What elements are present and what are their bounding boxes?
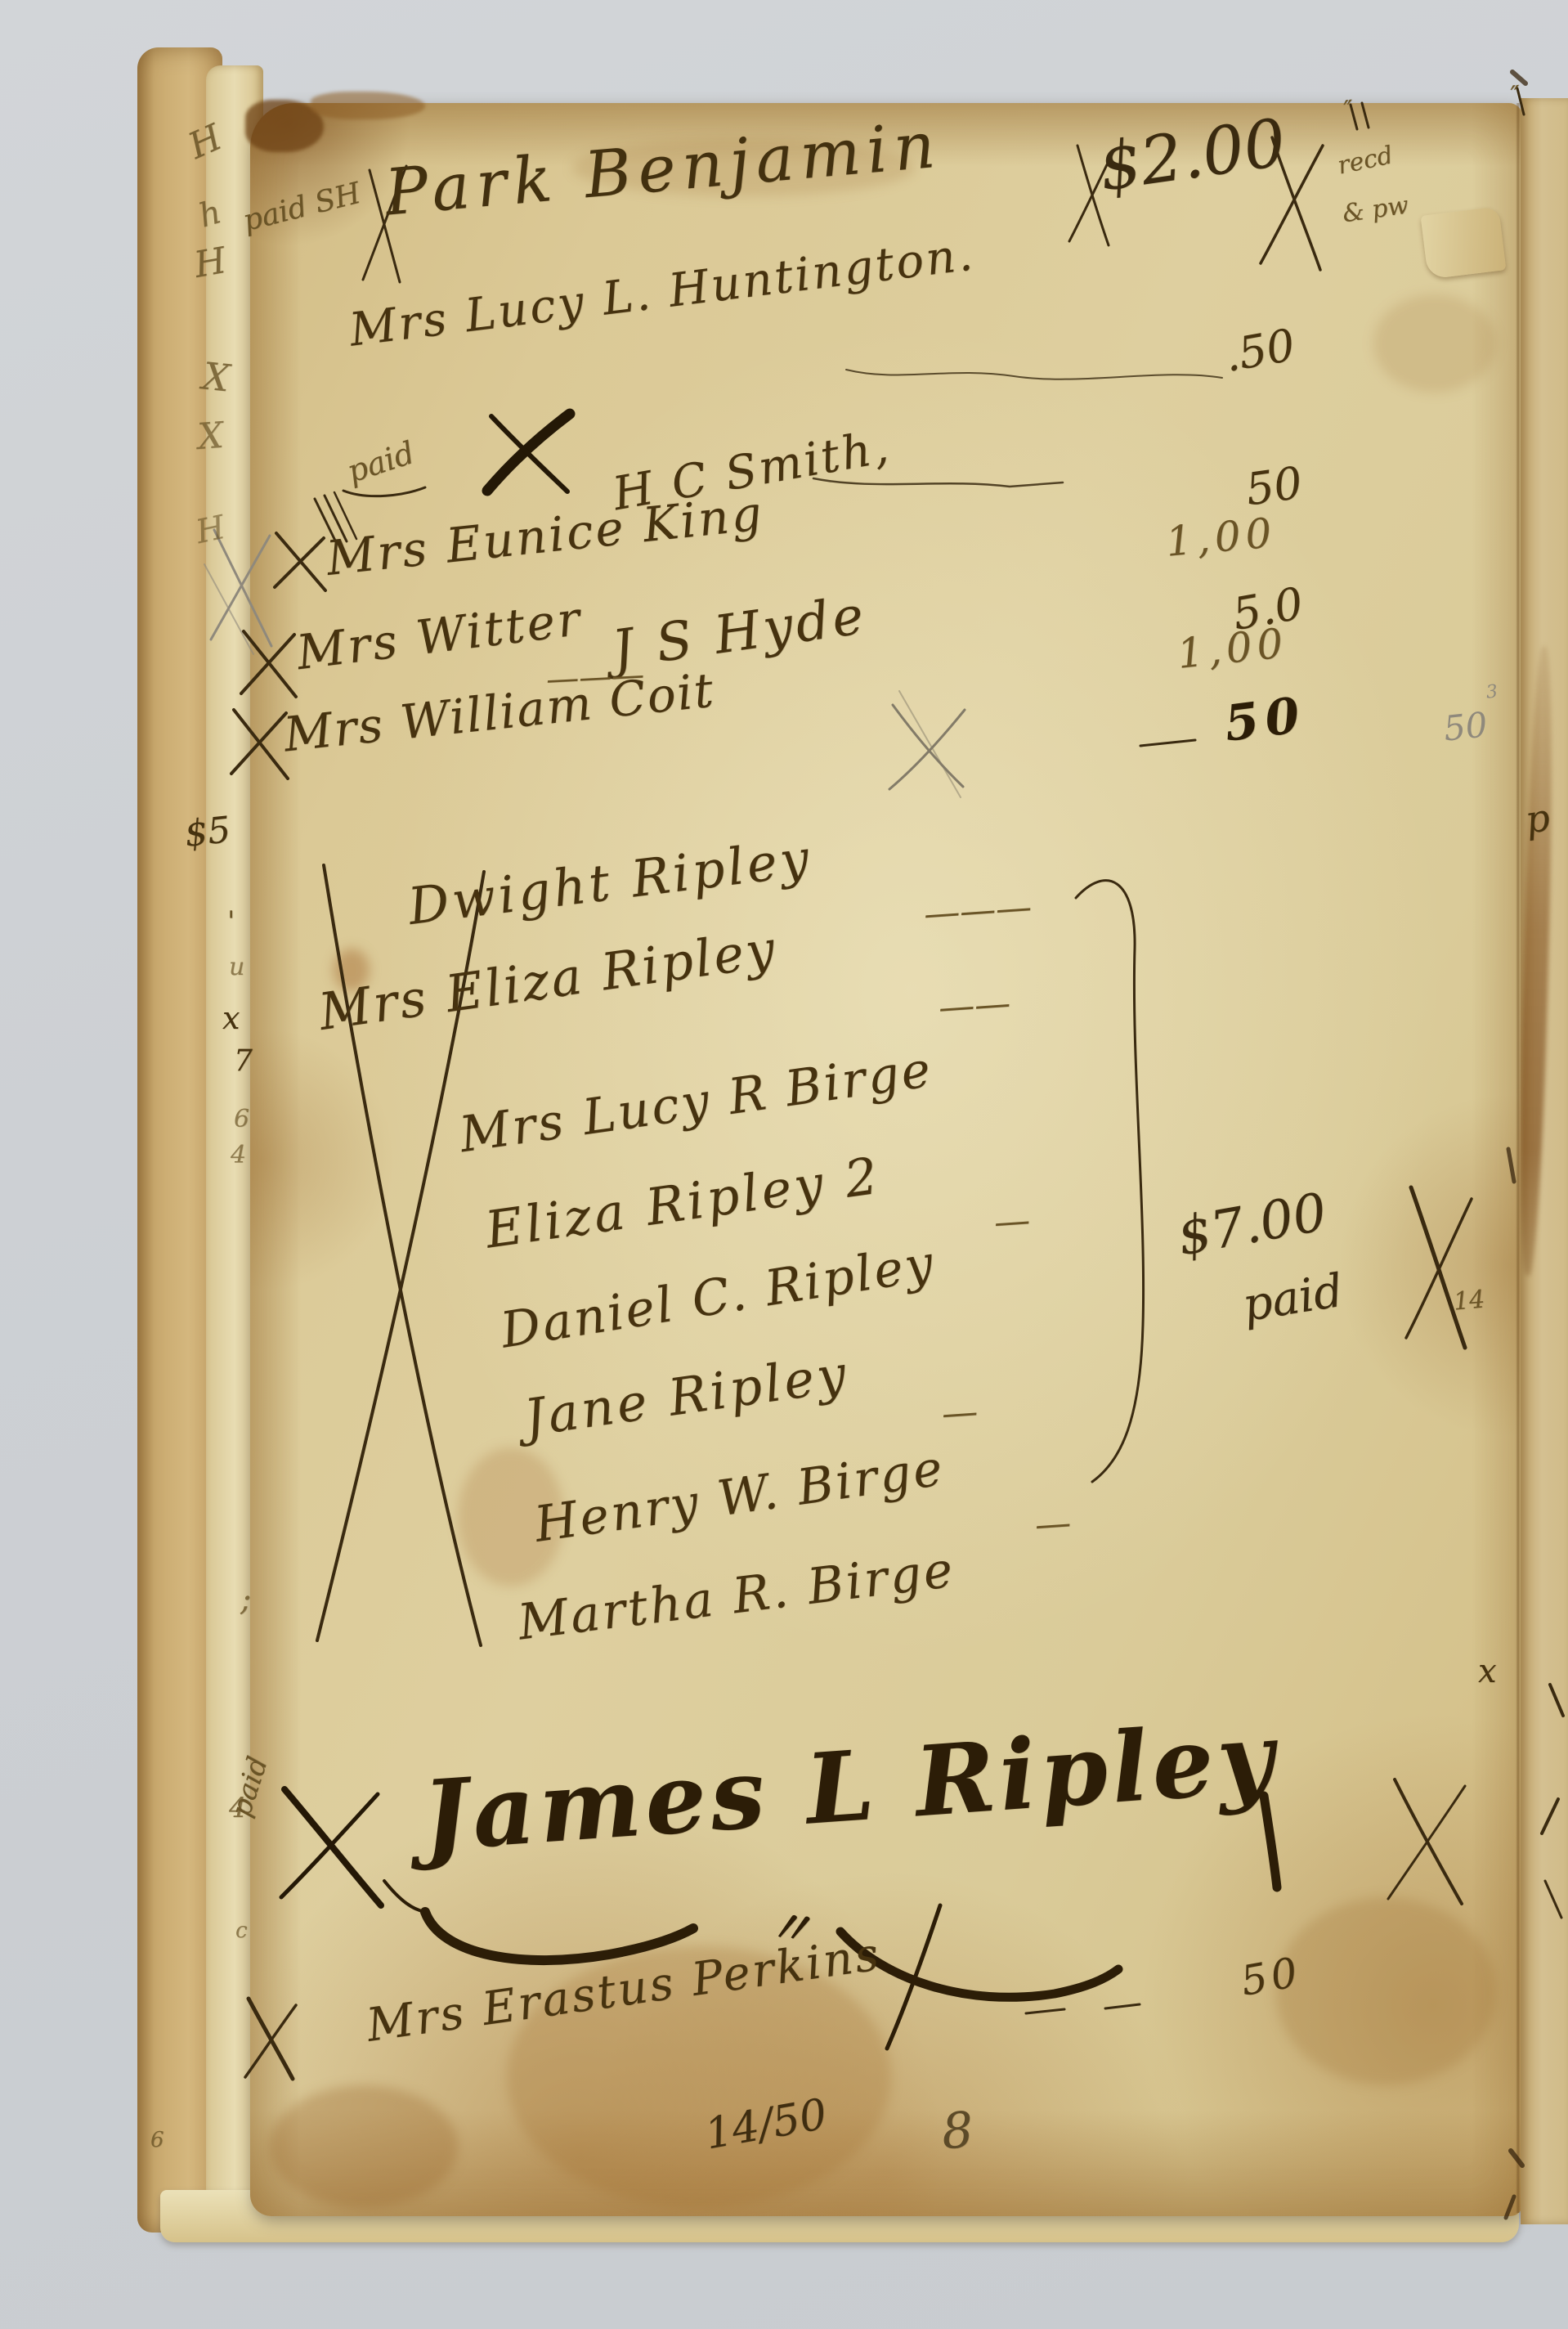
margin-mark: 6 bbox=[234, 1107, 249, 1132]
margin-mark: x bbox=[1478, 1655, 1497, 1688]
group-count-note: 14 bbox=[1453, 1287, 1486, 1314]
group-member-dash: — bbox=[1034, 1506, 1073, 1544]
pencil-small-note: 3 bbox=[1485, 683, 1499, 702]
margin-mark: u bbox=[229, 955, 244, 980]
ledger-scan: paid SH Park Benjamin $2.00 recd & pw Mr… bbox=[0, 0, 1568, 2329]
entry-8-amount: 50 bbox=[1238, 1951, 1304, 2002]
ledger-page bbox=[250, 103, 1522, 2216]
margin-mark: p bbox=[1523, 798, 1552, 839]
margin-mark: x bbox=[222, 1003, 240, 1034]
entry-2-amount: .50 bbox=[1221, 323, 1298, 379]
top-right-page-stub bbox=[1421, 206, 1507, 279]
group-member-dash: — bbox=[993, 1203, 1032, 1241]
entry-6-amount: 1,00 bbox=[1176, 622, 1290, 675]
entry-7-amount: 50 bbox=[1222, 690, 1309, 749]
group-member-dash: ——— bbox=[923, 889, 1033, 932]
margin-mark: c bbox=[235, 1920, 248, 1941]
margin-mark: ' bbox=[227, 908, 235, 936]
page-fold-crease bbox=[1516, 103, 1521, 2213]
margin-mark: ″ bbox=[1342, 97, 1354, 123]
margin-mark: H bbox=[191, 243, 228, 284]
pencil-amount-note: 50 bbox=[1442, 707, 1490, 746]
entry-5-amount: 1,00 bbox=[1164, 512, 1278, 563]
margin-mark: X bbox=[197, 418, 225, 455]
margin-mark: $5 bbox=[183, 812, 232, 853]
margin-mark: 7 bbox=[234, 1047, 253, 1076]
entry-3-amount: 50 bbox=[1243, 460, 1306, 512]
margin-mark: X bbox=[201, 357, 231, 397]
group-member-dash: — bbox=[941, 1394, 979, 1433]
margin-mark: 4 bbox=[231, 1143, 246, 1168]
torn-corner-fragment bbox=[311, 92, 425, 119]
footer-page-number: 8 bbox=[940, 2106, 974, 2157]
margin-mark: ; bbox=[240, 1583, 251, 1616]
group-member-dash: —— bbox=[938, 985, 1012, 1026]
margin-mark: ″ bbox=[1510, 83, 1521, 109]
margin-mark: 6 bbox=[150, 2129, 164, 2151]
margin-mark: 4 bbox=[229, 1794, 247, 1822]
